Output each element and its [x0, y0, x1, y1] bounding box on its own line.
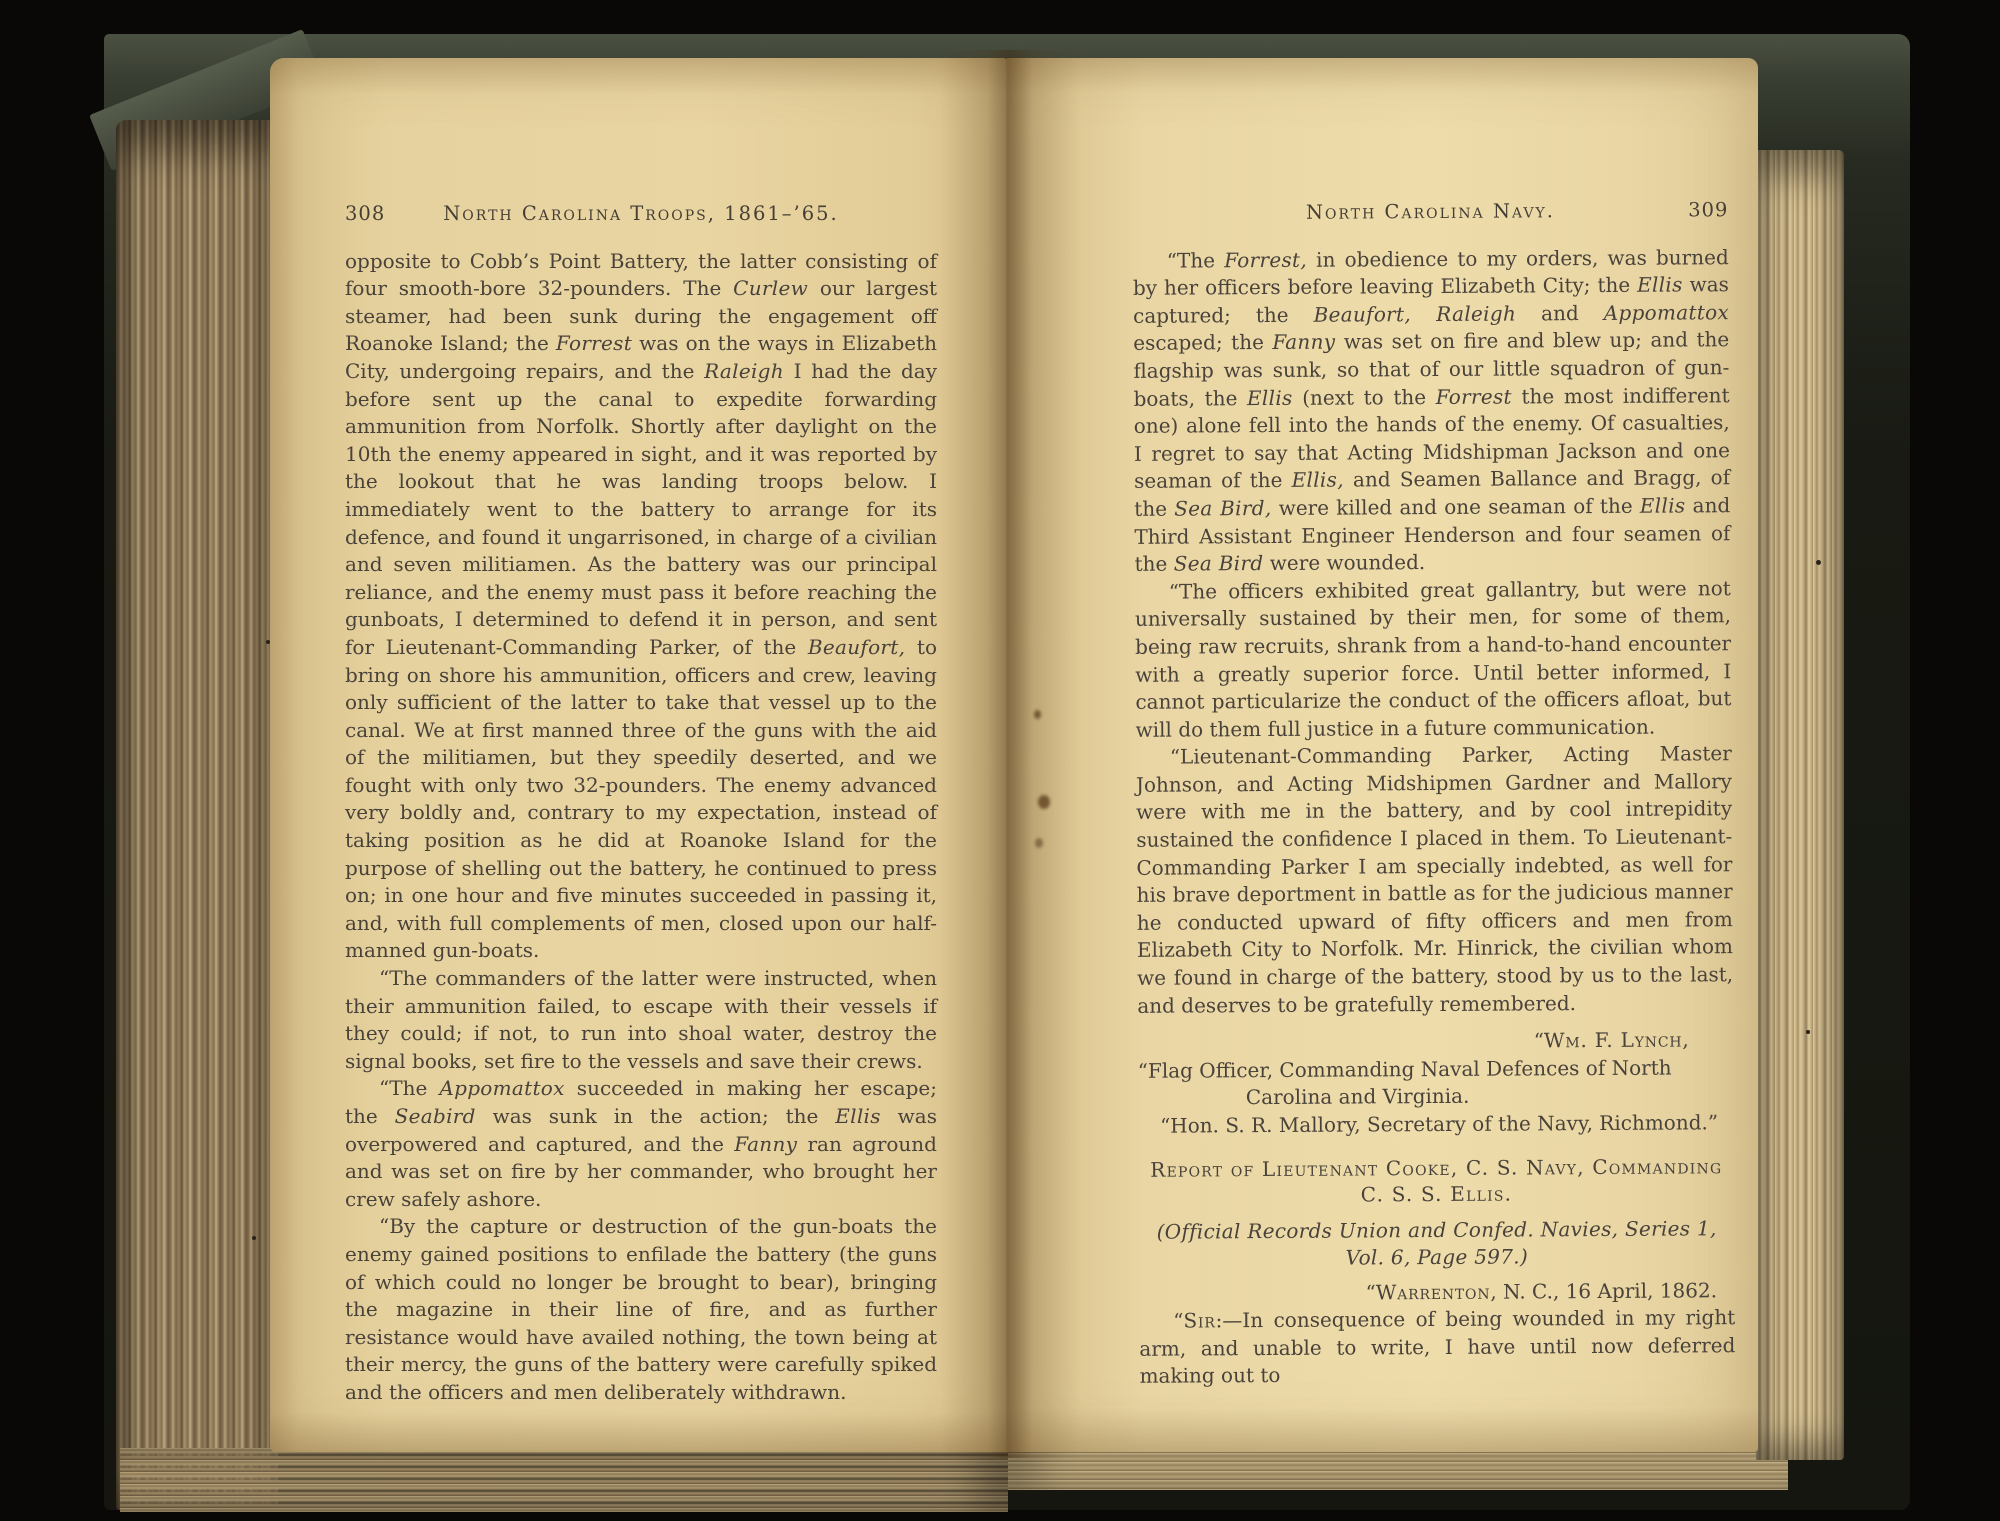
paragraph: “Lieutenant-Commanding Parker, Acting Ma… [1136, 740, 1734, 1020]
text-body-left: opposite to Cobb’s Point Battery, the la… [345, 248, 937, 1407]
page-stain [1038, 795, 1050, 809]
page-speck [252, 1236, 256, 1240]
paragraph: “Flag Officer, Commanding Naval Defences… [1138, 1054, 1734, 1113]
page-edge-stack-bottom-left [120, 1448, 1008, 1512]
gutter-shadow [940, 50, 1080, 1458]
paragraph: “Hon. S. R. Mallory, Secretary of the Na… [1138, 1109, 1734, 1140]
running-header-left: 308 North Carolina Troops, 1861–’65. [345, 200, 937, 228]
page-speck [266, 640, 270, 644]
paragraph: “The commanders of the latter were instr… [345, 965, 937, 1075]
paragraph: “The Appomattox succeeded in making her … [345, 1075, 937, 1213]
page-speck [1806, 1030, 1810, 1034]
page-stain [1035, 838, 1043, 848]
paragraph: “Wm. F. Lynch, [1137, 1026, 1733, 1057]
text-body-right: “The Forrest, in obedience to my orders,… [1133, 244, 1736, 1391]
running-title: North Carolina Navy. [1306, 199, 1555, 224]
running-title: North Carolina Troops, 1861–’65. [443, 202, 839, 225]
paragraph: opposite to Cobb’s Point Battery, the la… [345, 248, 937, 965]
page-stain [1034, 710, 1041, 719]
book-scan: 308 North Carolina Troops, 1861–’65. opp… [0, 0, 2000, 1521]
right-page-text-column: North Carolina Navy. 309 “The Forrest, i… [1132, 196, 1735, 1391]
page-edge-stack-left [116, 120, 278, 1510]
page-edge-stack-right [1756, 150, 1844, 1460]
paragraph: “The officers exhibited great gallantry,… [1135, 575, 1732, 744]
paragraph: “Warrenton, N. C., 16 April, 1862. [1139, 1277, 1735, 1308]
paragraph: (Official Records Union and Confed. Navi… [1139, 1215, 1735, 1273]
page-number: 308 [345, 200, 385, 228]
paragraph: “Sir:—In consequence of being wounded in… [1139, 1304, 1735, 1390]
page-speck [1816, 560, 1821, 565]
page-number: 309 [1688, 196, 1728, 224]
paragraph: Report of Lieutenant Cooke, C. S. Navy, … [1138, 1153, 1734, 1209]
running-header-right: North Carolina Navy. 309 [1132, 196, 1728, 227]
paragraph: “By the capture or destruction of the gu… [345, 1213, 937, 1406]
paragraph: “The Forrest, in obedience to my orders,… [1133, 244, 1731, 579]
left-page-text-column: 308 North Carolina Troops, 1861–’65. opp… [345, 200, 937, 1407]
